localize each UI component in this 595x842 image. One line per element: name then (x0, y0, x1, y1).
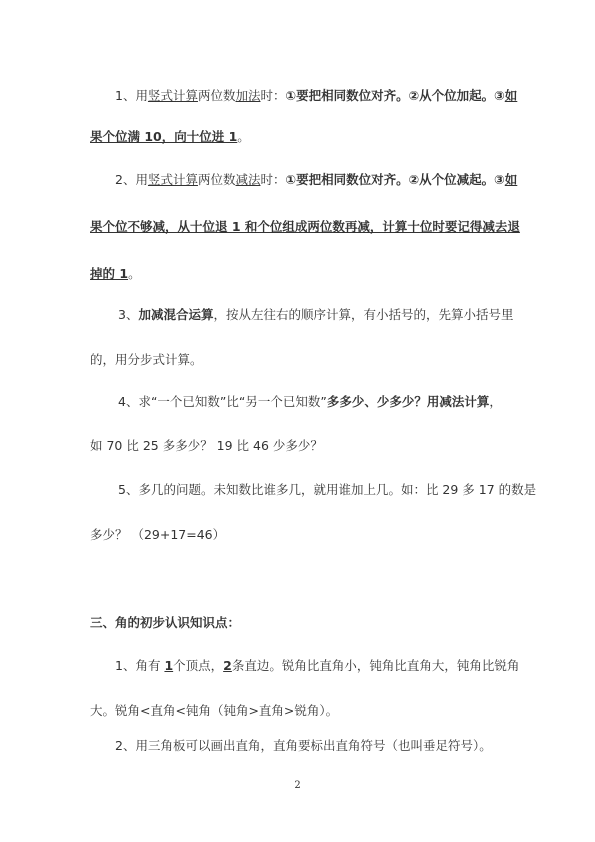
text: 2、用 (115, 172, 148, 187)
text: ，按从左往右的顺序计算，有小括号的，先算小括号里 (213, 307, 513, 322)
text: 两位数 (198, 172, 236, 187)
text: 两位数 (198, 88, 236, 103)
item-3-line-2: 的，用分步式计算。 (90, 352, 510, 368)
section-3-heading: 三、角的初步认识知识点： (90, 615, 510, 631)
text: 。 (237, 129, 250, 144)
item-5-line-2: 多少？ （29+17=46） (90, 527, 510, 543)
text: 个顶点， (173, 658, 223, 673)
angle-item-1-line-1: 1、角有 1个顶点，2条直边。锐角比直角小，钝角比直角大，钝角比锐角 (115, 658, 535, 674)
underlined-term: 竖式计算 (148, 172, 198, 187)
page-number: 2 (0, 780, 595, 791)
bold-text: ①要把相同数位对齐。②从个位减起。③ (286, 172, 505, 187)
text: 大。锐角<直角<钝角（钝角>直角>锐角）。 (90, 703, 338, 718)
text: 如 70 比 25 多多少？ 19 比 46 少多少？ (90, 438, 323, 453)
item-4-line-2: 如 70 比 25 多多少？ 19 比 46 少多少？ (90, 438, 510, 454)
item-2-line-1: 2、用竖式计算两位数减法时：①要把相同数位对齐。②从个位减起。③如 (115, 172, 535, 188)
bold-underlined-number: 1 (164, 658, 173, 673)
item-1-line-1: 1、用竖式计算两位数加法时：①要把相同数位对齐。②从个位加起。③如 (115, 88, 535, 104)
bold-underlined-text: 如 (505, 88, 518, 103)
underlined-term: 加法 (235, 88, 260, 103)
text: 的，用分步式计算。 (90, 352, 203, 367)
underlined-term: 竖式计算 (148, 88, 198, 103)
text: ， (489, 394, 502, 409)
bold-underlined-text: 果个位不够减，从十位退 1 和个位组成两位数再减，计算十位时要记得减去退 (90, 219, 520, 234)
text: 多少？ （29+17=46） (90, 527, 225, 542)
text: 3、 (118, 307, 138, 322)
bold-underlined-number: 2 (223, 658, 232, 673)
text: 5、多几的问题。未知数比谁多几，就用谁加上几。如：比 29 多 17 的数是 (118, 482, 536, 497)
item-1-line-2: 果个位满 10，向十位进 1。 (90, 129, 510, 145)
bold-text: 加减混合运算 (138, 307, 213, 322)
text: 2、用三角板可以画出直角，直角要标出直角符号（也叫垂足符号）。 (115, 738, 492, 753)
text: 1、用 (115, 88, 148, 103)
bold-text: 多多少、少多少？用减法计算 (327, 394, 490, 409)
text: 条直边。锐角比直角小，钝角比直角大，钝角比锐角 (232, 658, 520, 673)
item-2-line-3: 掉的 1。 (90, 266, 510, 282)
text: 时： (261, 172, 286, 187)
item-3-line-1: 3、加减混合运算，按从左往右的顺序计算，有小括号的，先算小括号里 (118, 307, 538, 323)
item-5-line-1: 5、多几的问题。未知数比谁多几，就用谁加上几。如：比 29 多 17 的数是 (118, 482, 538, 498)
bold-underlined-text: 果个位满 10，向十位进 1 (90, 129, 237, 144)
text: 1、角有 (115, 658, 164, 673)
text: 4、求“一个已知数”比“另一个已知数” (118, 394, 327, 409)
item-4-line-1: 4、求“一个已知数”比“另一个已知数”多多少、少多少？用减法计算， (118, 394, 538, 410)
bold-underlined-text: 如 (505, 172, 518, 187)
text: 时： (261, 88, 286, 103)
bold-text: ①要把相同数位对齐。②从个位加起。③ (286, 88, 505, 103)
underlined-term: 减法 (235, 172, 260, 187)
bold-underlined-text: 掉的 1 (90, 266, 128, 281)
text: 。 (128, 266, 141, 281)
item-2-line-2: 果个位不够减，从十位退 1 和个位组成两位数再减，计算十位时要记得减去退 (90, 219, 510, 235)
angle-item-2-line-1: 2、用三角板可以画出直角，直角要标出直角符号（也叫垂足符号）。 (115, 738, 535, 754)
angle-item-1-line-2: 大。锐角<直角<钝角（钝角>直角>锐角）。 (90, 703, 510, 719)
